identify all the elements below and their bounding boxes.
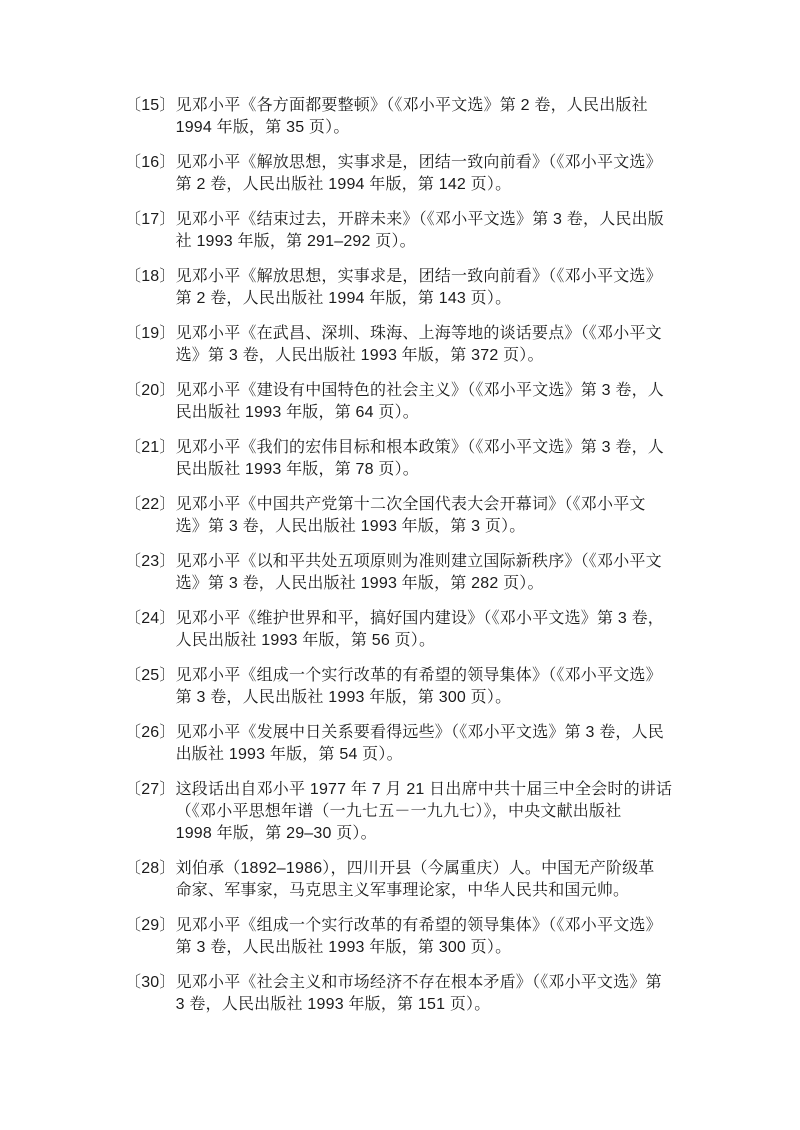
endnote-item: 〔29〕见邓小平《组成一个实行改革的有希望的领导集体》（《邓小平文选》 第 3 … — [125, 915, 677, 959]
endnote-text: 见邓小平《组成一个实行改革的有希望的领导集体》（《邓小平文选》 第 3 卷，人民… — [176, 665, 677, 709]
endnote-text: 这段话出自邓小平 1977 年 7 月 21 日出席中共十届三中全会时的讲话 （… — [176, 779, 677, 845]
endnote-item: 〔19〕见邓小平《在武昌、深圳、珠海、上海等地的谈话要点》（《邓小平文 选》第 … — [125, 323, 677, 367]
endnote-item: 〔20〕见邓小平《建设有中国特色的社会主义》（《邓小平文选》第 3 卷，人 民出… — [125, 380, 677, 424]
endnote-text: 见邓小平《以和平共处五项原则为准则建立国际新秩序》（《邓小平文 选》第 3 卷，… — [176, 551, 677, 595]
document-page: 〔15〕见邓小平《各方面都要整顿》（《邓小平文选》第 2 卷，人民出版社 199… — [0, 0, 800, 1130]
endnote-text: 见邓小平《结束过去，开辟未来》（《邓小平文选》第 3 卷，人民出版 社 1993… — [176, 209, 677, 253]
endnote-number: 〔26〕 — [125, 722, 176, 744]
endnote-number: 〔20〕 — [125, 380, 176, 402]
endnote-text: 见邓小平《组成一个实行改革的有希望的领导集体》（《邓小平文选》 第 3 卷，人民… — [176, 915, 677, 959]
endnote-number: 〔30〕 — [125, 972, 176, 994]
endnote-number: 〔19〕 — [125, 323, 176, 345]
endnote-number: 〔22〕 — [125, 494, 176, 516]
endnote-number: 〔16〕 — [125, 152, 176, 174]
endnote-item: 〔17〕见邓小平《结束过去，开辟未来》（《邓小平文选》第 3 卷，人民出版 社 … — [125, 209, 677, 253]
endnote-text: 见邓小平《建设有中国特色的社会主义》（《邓小平文选》第 3 卷，人 民出版社 1… — [176, 380, 677, 424]
endnote-number: 〔29〕 — [125, 915, 176, 937]
endnote-item: 〔24〕见邓小平《维护世界和平，搞好国内建设》（《邓小平文选》第 3 卷， 人民… — [125, 608, 677, 652]
endnote-number: 〔23〕 — [125, 551, 176, 573]
endnote-number: 〔25〕 — [125, 665, 176, 687]
endnotes-list: 〔15〕见邓小平《各方面都要整顿》（《邓小平文选》第 2 卷，人民出版社 199… — [125, 95, 677, 1029]
endnote-item: 〔16〕见邓小平《解放思想，实事求是，团结一致向前看》（《邓小平文选》 第 2 … — [125, 152, 677, 196]
endnote-item: 〔15〕见邓小平《各方面都要整顿》（《邓小平文选》第 2 卷，人民出版社 199… — [125, 95, 677, 139]
endnote-item: 〔21〕见邓小平《我们的宏伟目标和根本政策》（《邓小平文选》第 3 卷，人 民出… — [125, 437, 677, 481]
endnote-item: 〔23〕见邓小平《以和平共处五项原则为准则建立国际新秩序》（《邓小平文 选》第 … — [125, 551, 677, 595]
endnote-text: 见邓小平《解放思想，实事求是，团结一致向前看》（《邓小平文选》 第 2 卷，人民… — [176, 152, 677, 196]
endnote-number: 〔17〕 — [125, 209, 176, 231]
endnote-number: 〔18〕 — [125, 266, 176, 288]
endnote-text: 见邓小平《在武昌、深圳、珠海、上海等地的谈话要点》（《邓小平文 选》第 3 卷，… — [176, 323, 677, 367]
endnote-text: 见邓小平《发展中日关系要看得远些》（《邓小平文选》第 3 卷，人民 出版社 19… — [176, 722, 677, 766]
endnote-item: 〔30〕见邓小平《社会主义和市场经济不存在根本矛盾》（《邓小平文选》第 3 卷，… — [125, 972, 677, 1016]
endnote-number: 〔21〕 — [125, 437, 176, 459]
endnote-item: 〔22〕见邓小平《中国共产党第十二次全国代表大会开幕词》（《邓小平文 选》第 3… — [125, 494, 677, 538]
endnote-number: 〔24〕 — [125, 608, 176, 630]
endnote-text: 见邓小平《解放思想，实事求是，团结一致向前看》（《邓小平文选》 第 2 卷，人民… — [176, 266, 677, 310]
endnote-text: 刘伯承（1892–1986），四川开县（今属重庆）人。中国无产阶级革 命家、军事… — [176, 858, 677, 902]
endnote-item: 〔27〕这段话出自邓小平 1977 年 7 月 21 日出席中共十届三中全会时的… — [125, 779, 677, 845]
endnote-number: 〔27〕 — [125, 779, 176, 801]
endnote-number: 〔15〕 — [125, 95, 176, 117]
endnote-text: 见邓小平《中国共产党第十二次全国代表大会开幕词》（《邓小平文 选》第 3 卷，人… — [176, 494, 677, 538]
endnote-text: 见邓小平《社会主义和市场经济不存在根本矛盾》（《邓小平文选》第 3 卷，人民出版… — [176, 972, 677, 1016]
endnote-item: 〔18〕见邓小平《解放思想，实事求是，团结一致向前看》（《邓小平文选》 第 2 … — [125, 266, 677, 310]
endnote-item: 〔26〕见邓小平《发展中日关系要看得远些》（《邓小平文选》第 3 卷，人民 出版… — [125, 722, 677, 766]
endnote-number: 〔28〕 — [125, 858, 176, 880]
endnote-text: 见邓小平《维护世界和平，搞好国内建设》（《邓小平文选》第 3 卷， 人民出版社 … — [176, 608, 677, 652]
endnote-item: 〔25〕见邓小平《组成一个实行改革的有希望的领导集体》（《邓小平文选》 第 3 … — [125, 665, 677, 709]
endnote-item: 〔28〕刘伯承（1892–1986），四川开县（今属重庆）人。中国无产阶级革 命… — [125, 858, 677, 902]
endnote-text: 见邓小平《各方面都要整顿》（《邓小平文选》第 2 卷，人民出版社 1994 年版… — [176, 95, 677, 139]
endnote-text: 见邓小平《我们的宏伟目标和根本政策》（《邓小平文选》第 3 卷，人 民出版社 1… — [176, 437, 677, 481]
